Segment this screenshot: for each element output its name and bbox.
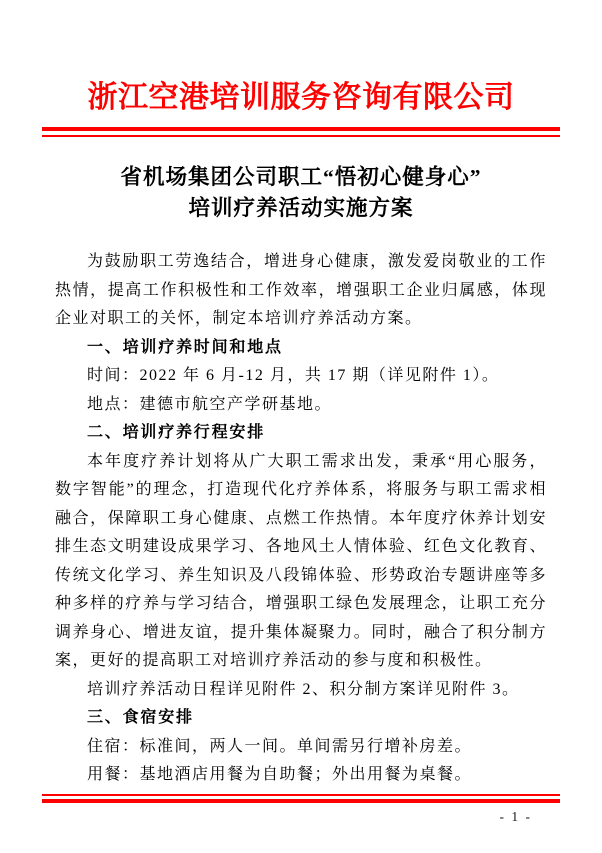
document-title: 省机场集团公司职工“悟初心健身心” 培训疗养活动实施方案: [0, 162, 602, 224]
document-page: 浙江空港培训服务咨询有限公司 省机场集团公司职工“悟初心健身心” 培训疗养活动实…: [0, 0, 602, 853]
section-1-heading: 一、培训疗养时间和地点: [55, 334, 547, 363]
section-3-heading: 三、食宿安排: [55, 704, 547, 733]
page-number: - 1 -: [500, 809, 533, 825]
document-title-line-2: 培训疗养活动实施方案: [0, 193, 602, 224]
section-2-itinerary-paragraph: 本年度疗养计划将从广大职工需求出发，秉承“用心服务，数字智能”的理念，打造现代化…: [55, 448, 547, 676]
document-title-line-1: 省机场集团公司职工“悟初心健身心”: [0, 162, 602, 193]
section-3-meals-line: 用餐：基地酒店用餐为自助餐；外出用餐为桌餐。: [55, 761, 547, 790]
intro-paragraph: 为鼓励职工劳逸结合，增进身心健康，激发爱岗敬业的工作热情，提高工作积极性和工作效…: [55, 248, 547, 334]
footer-divider: [42, 794, 560, 803]
company-letterhead-title: 浙江空港培训服务咨询有限公司: [0, 78, 602, 118]
section-3-lodging-line: 住宿：标准间，两人一间。单间需另行增补房差。: [55, 733, 547, 762]
section-1-time-line: 时间：2022 年 6 月-12 月，共 17 期（详见附件 1）。: [55, 362, 547, 391]
divider-thin-line: [42, 135, 560, 137]
section-2-attachments-line: 培训疗养活动日程详见附件 2、积分制方案详见附件 3。: [55, 676, 547, 705]
section-1-location-line: 地点：建德市航空产学研基地。: [55, 391, 547, 420]
document-body: 为鼓励职工劳逸结合，增进身心健康，激发爱岗敬业的工作热情，提高工作积极性和工作效…: [55, 248, 547, 790]
footer-divider-thick-line: [42, 799, 560, 803]
letterhead-divider: [42, 127, 560, 137]
section-2-heading: 二、培训疗养行程安排: [55, 419, 547, 448]
